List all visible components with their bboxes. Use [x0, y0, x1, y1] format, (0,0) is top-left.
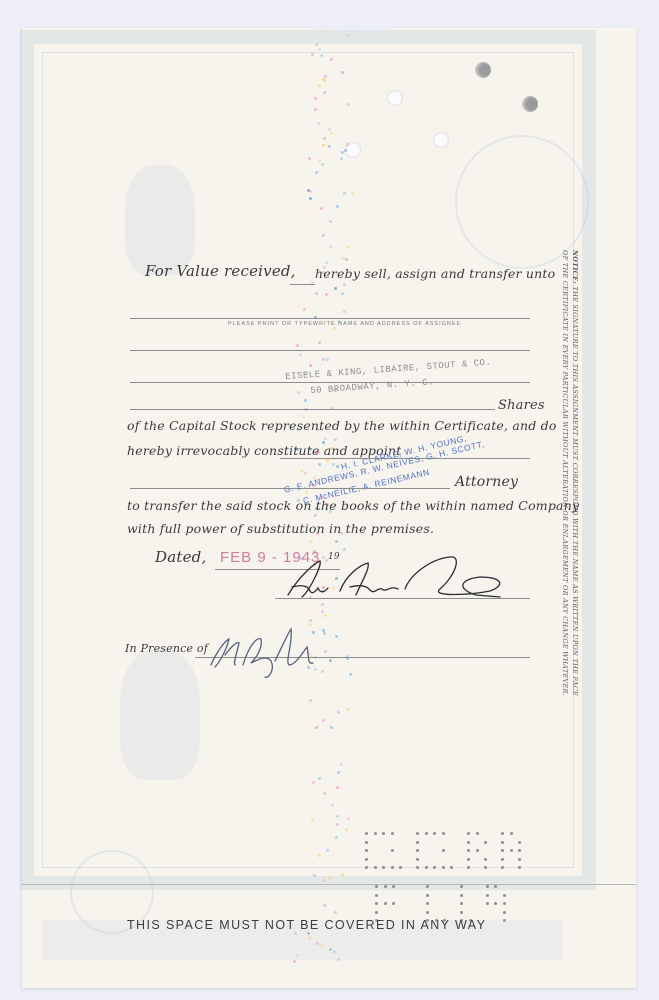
for-value-received: For Value received, [145, 262, 296, 280]
perforation-dot [467, 841, 470, 844]
perforation-dot [391, 832, 394, 835]
notice-line-2: OF THE CERTIFICATE IN EVERY PARTICULAR W… [560, 250, 570, 696]
substitution-text: with full power of substitution in the p… [127, 521, 434, 536]
perforation-dot [518, 849, 521, 852]
punch-hole-icon [522, 96, 538, 112]
perforation-dot [467, 858, 470, 861]
perforation-dot [442, 849, 445, 852]
perforation-dot [426, 885, 429, 888]
assignee-line [130, 318, 530, 319]
perforation-dot [382, 866, 385, 869]
speckle [346, 246, 349, 249]
perforation-dot [365, 841, 368, 844]
perforation-dot [416, 841, 419, 844]
capital-stock-text: of the Capital Stock represented by the … [127, 418, 557, 433]
signature-line [275, 598, 530, 599]
speckle [329, 220, 332, 223]
speckle [304, 399, 307, 402]
perforation-dot [391, 866, 394, 869]
speckle [321, 610, 324, 613]
assignee-line-3 [130, 382, 530, 383]
perforation-dot [426, 902, 429, 905]
speckle [343, 548, 346, 551]
speckle [320, 207, 323, 210]
speckle [293, 960, 296, 963]
perforation-dot [382, 832, 385, 835]
speckle [344, 149, 347, 152]
punch-hole-icon [475, 62, 491, 78]
perforation-dot [433, 832, 436, 835]
punch-hole-icon [387, 90, 403, 106]
speckle [334, 911, 337, 914]
perforation-dot [375, 911, 378, 914]
speckle [333, 327, 336, 330]
perforation-dot [442, 832, 445, 835]
speckle [307, 189, 310, 192]
perforation-dot [467, 832, 470, 835]
perforation-dot [433, 866, 436, 869]
perforation-dot [510, 832, 513, 835]
transfer-text: to transfer the said stock on the books … [127, 498, 579, 513]
punch-hole-icon [433, 132, 449, 148]
perforation-dot [484, 858, 487, 861]
signature-notice: NOTICE: THE SIGNATURE TO THIS ASSIGNMENT… [560, 250, 580, 696]
perforation-dot [365, 849, 368, 852]
speckle [318, 84, 321, 87]
speckle [325, 30, 328, 33]
assignee-caption: PLEASE PRINT OR TYPEWRITE NAME AND ADDRE… [228, 321, 461, 327]
speckle [323, 137, 326, 140]
speckle [314, 108, 317, 111]
speckle [315, 43, 318, 46]
perforation-dot [365, 866, 368, 869]
perforation-dot [486, 902, 489, 905]
notice-line-1: THE SIGNATURE TO THIS ASSIGNMENT MUST CO… [571, 286, 579, 696]
perforation-dot [518, 858, 521, 861]
vignette-showthrough-bottom [120, 650, 200, 780]
speckle [328, 876, 331, 879]
sell-assign-text: hereby sell, assign and transfer unto [315, 266, 555, 281]
perforation-dot [375, 885, 378, 888]
attorney-label: Attorney [455, 474, 518, 490]
perforation-dot [486, 885, 489, 888]
perforation-dot [501, 866, 504, 869]
speckle [334, 438, 337, 441]
perforation-dot [426, 894, 429, 897]
perforation-dot [501, 832, 504, 835]
perforation-dot [476, 832, 479, 835]
perforation-dot [484, 841, 487, 844]
perforation-dot [460, 885, 463, 888]
perforation-dot [384, 885, 387, 888]
speckle [300, 470, 303, 473]
footer-warning: THIS SPACE MUST NOT BE COVERED IN ANY WA… [127, 918, 486, 932]
speckle [330, 726, 333, 729]
perforation-dot [460, 911, 463, 914]
perforation-dot [365, 858, 368, 861]
perforation-dot [460, 894, 463, 897]
perforation-dot [425, 832, 428, 835]
perforation-dot [425, 866, 428, 869]
footer-divider [22, 884, 636, 885]
speckle [343, 310, 346, 313]
perforation-dot [501, 841, 504, 844]
perforation-dot [518, 866, 521, 869]
perforation-dot [365, 832, 368, 835]
perforation-dot [460, 902, 463, 905]
attorney-line [130, 488, 450, 489]
speckle [351, 192, 354, 195]
perforation-dot [467, 866, 470, 869]
speckle [322, 144, 325, 147]
perforation-dot [494, 902, 497, 905]
appoint-text: hereby irrevocably constitute and appoin… [127, 443, 402, 458]
perforation-dot [503, 902, 506, 905]
perforation-dot [375, 902, 378, 905]
speckle [311, 819, 314, 822]
speckle [326, 358, 329, 361]
speckle [326, 849, 329, 852]
rule [290, 284, 315, 285]
perforation-dot [510, 849, 513, 852]
perforation-dot [476, 849, 479, 852]
speckle [309, 619, 312, 622]
seal-showthrough [455, 135, 589, 269]
perforation-dot [384, 902, 387, 905]
speckle [312, 781, 315, 784]
speckle [341, 151, 344, 154]
speckle [336, 205, 339, 208]
signature-witness [205, 625, 325, 680]
perforation-dot [518, 841, 521, 844]
perforation-dot [486, 894, 489, 897]
speckle [318, 777, 321, 780]
perforation-dot [501, 858, 504, 861]
vignette-showthrough-top [125, 165, 195, 275]
perforation-dot [399, 866, 402, 869]
perforation-dot [426, 911, 429, 914]
perforation-dot [467, 849, 470, 852]
speckle [343, 192, 346, 195]
witness-label: In Presence of [125, 642, 208, 655]
perforation-dot [416, 858, 419, 861]
speckle [334, 287, 337, 290]
perforation-dot [392, 902, 395, 905]
dated-label: Dated, [155, 548, 206, 566]
perforation-dot [442, 866, 445, 869]
assignee-line-2 [130, 350, 530, 351]
speckle [320, 54, 323, 57]
perforation-dot [416, 832, 419, 835]
perforation-dot [391, 849, 394, 852]
perforation-dot [416, 866, 419, 869]
speckle [323, 91, 326, 94]
speckle [337, 711, 340, 714]
speckle [326, 459, 329, 462]
notice-lead: NOTICE: [571, 250, 579, 284]
speckle [328, 145, 331, 148]
perforation-dot [375, 894, 378, 897]
speckle [341, 292, 344, 295]
perforation-dot [450, 866, 453, 869]
perforation-dot [374, 832, 377, 835]
speckle [341, 873, 344, 876]
perforation-dot [416, 849, 419, 852]
speckle [347, 708, 350, 711]
perforation-dot [503, 911, 506, 914]
speckle [347, 34, 350, 37]
perforation-dot [501, 849, 504, 852]
speckle [297, 391, 300, 394]
perforation-dot [494, 885, 497, 888]
perforation-dot [392, 885, 395, 888]
shares-label: Shares [498, 398, 545, 413]
perforation-dot [484, 866, 487, 869]
perforation-dot [374, 866, 377, 869]
speckle [335, 836, 338, 839]
shares-line [130, 409, 495, 410]
perforation-dot [503, 894, 506, 897]
